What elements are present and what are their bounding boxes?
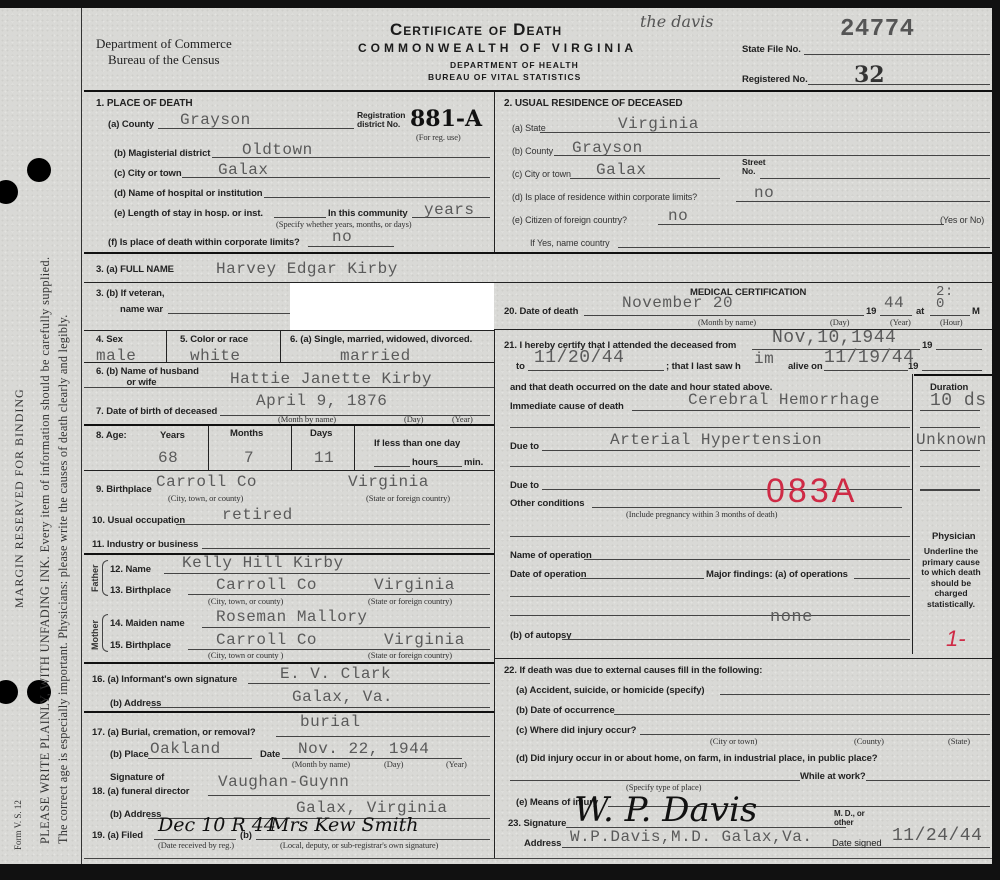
foreign-citizen[interactable]: no (668, 207, 688, 225)
burial-method[interactable]: burial (300, 713, 361, 731)
due-to-duration[interactable]: Unknown (916, 431, 987, 449)
date-of-death[interactable]: November 20 (622, 294, 733, 312)
cause-code-stamp: 083A (766, 472, 857, 511)
residence-county[interactable]: Grayson (572, 139, 643, 157)
full-name[interactable]: Harvey Edgar Kirby (216, 260, 398, 278)
father-tag: Father (90, 564, 100, 592)
bureau-census: Bureau of the Census (108, 52, 220, 68)
community-stay[interactable]: years (424, 201, 475, 219)
residence-heading: 2. USUAL RESIDENCE OF DECEASED (504, 98, 683, 109)
punch-hole (0, 680, 18, 704)
residence-city[interactable]: Galax (596, 161, 647, 179)
last-saw-pronoun[interactable]: im (754, 350, 774, 368)
instruction-line-1: PLEASE WRITE PLAINLY, WITH UNFADING INK.… (38, 257, 53, 844)
date-of-birth[interactable]: April 9, 1876 (256, 392, 387, 410)
residence-corporate-limits[interactable]: no (754, 184, 774, 202)
age-months[interactable]: 7 (244, 449, 254, 467)
father-birthplace-state[interactable]: Virginia (374, 576, 455, 594)
attended-to[interactable]: 11/20/44 (534, 348, 624, 368)
certificate-title: Certificate of Death (390, 20, 562, 40)
burial-place[interactable]: Oakland (150, 740, 221, 758)
magisterial-district[interactable]: Oldtown (242, 141, 313, 159)
death-certificate-page: Form V. S. 12 MARGIN RESERVED FOR BINDIN… (0, 8, 992, 864)
immediate-duration[interactable]: 10 ds (930, 391, 987, 411)
bureau-title: BUREAU OF VITAL STATISTICS (428, 72, 581, 82)
place-of-death-heading: 1. PLACE OF DEATH (96, 98, 192, 109)
occupation[interactable]: retired (222, 506, 293, 524)
mother-birthplace-city[interactable]: Carroll Co (216, 631, 317, 649)
punch-hole (27, 158, 51, 182)
red-check-mark: 1- (946, 626, 966, 652)
death-county[interactable]: Grayson (180, 111, 251, 129)
due-to-cause[interactable]: Arterial Hypertension (610, 431, 822, 449)
informant-signature[interactable]: E. V. Clark (280, 665, 391, 683)
mother-maiden-name[interactable]: Roseman Mallory (216, 608, 368, 626)
physician-address[interactable]: W.P.Davis,M.D. Galax,Va. (570, 828, 812, 846)
death-hour[interactable]: 2:0 (936, 286, 958, 310)
binding-margin: Form V. S. 12 MARGIN RESERVED FOR BINDIN… (0, 8, 82, 864)
redacted-block (290, 283, 494, 331)
punch-hole (0, 180, 18, 204)
age-years[interactable]: 68 (158, 449, 178, 467)
date-signed[interactable]: 11/24/44 (892, 826, 982, 846)
funeral-director[interactable]: Vaughan-Guynn (218, 773, 349, 791)
state-file-label: State File No. (742, 44, 801, 55)
father-name[interactable]: Kelly Hill Kirby (182, 554, 344, 572)
registration-district[interactable]: 881-A (410, 106, 482, 132)
age-days[interactable]: 11 (314, 449, 334, 467)
birthplace-state[interactable]: Virginia (348, 473, 429, 491)
department-title: DEPARTMENT OF HEALTH (450, 60, 579, 70)
attended-from[interactable]: Nov,10,1944 (772, 328, 896, 348)
instruction-line-2: The correct age is especially important.… (56, 314, 71, 844)
last-seen-alive[interactable]: 11/19/44 (824, 348, 914, 368)
registrar-signature[interactable]: Mrs Kew Smith (270, 814, 419, 836)
death-year[interactable]: 44 (884, 294, 904, 312)
mother-tag: Mother (90, 620, 100, 650)
death-corporate-limits[interactable]: no (332, 228, 352, 246)
immediate-cause[interactable]: Cerebral Hemorrhage (688, 391, 880, 409)
father-birthplace-city[interactable]: Carroll Co (216, 576, 317, 594)
underline-instruction: Underline the primary cause to which dea… (920, 546, 982, 609)
death-city[interactable]: Galax (218, 161, 269, 179)
residence-state[interactable]: Virginia (618, 115, 699, 133)
state-title: COMMONWEALTH OF VIRGINIA (358, 41, 637, 55)
mother-birthplace-state[interactable]: Virginia (384, 631, 465, 649)
spouse-name[interactable]: Hattie Janette Kirby (230, 370, 432, 388)
dept-commerce: Department of Commerce (96, 36, 232, 52)
physician-label: Physician (932, 531, 975, 542)
registered-number: 32 (854, 62, 885, 88)
informant-address[interactable]: Galax, Va. (292, 688, 393, 706)
burial-date[interactable]: Nov. 22, 1944 (298, 740, 429, 758)
state-file-number: 24774 (840, 16, 915, 43)
birthplace-city[interactable]: Carroll Co (156, 473, 257, 491)
handwritten-annotation: the davis (640, 12, 713, 31)
autopsy-findings[interactable]: none (770, 608, 813, 627)
filed-date[interactable]: Dec 10 R 44 (158, 814, 276, 836)
physician-signature[interactable]: W. P. Davis (574, 790, 757, 830)
registered-label: Registered No. (742, 74, 808, 85)
certificate-form: Department of Commerce Bureau of the Cen… (84, 8, 992, 864)
binding-note: MARGIN RESERVED FOR BINDING (12, 388, 27, 608)
form-number: Form V. S. 12 (13, 800, 23, 850)
